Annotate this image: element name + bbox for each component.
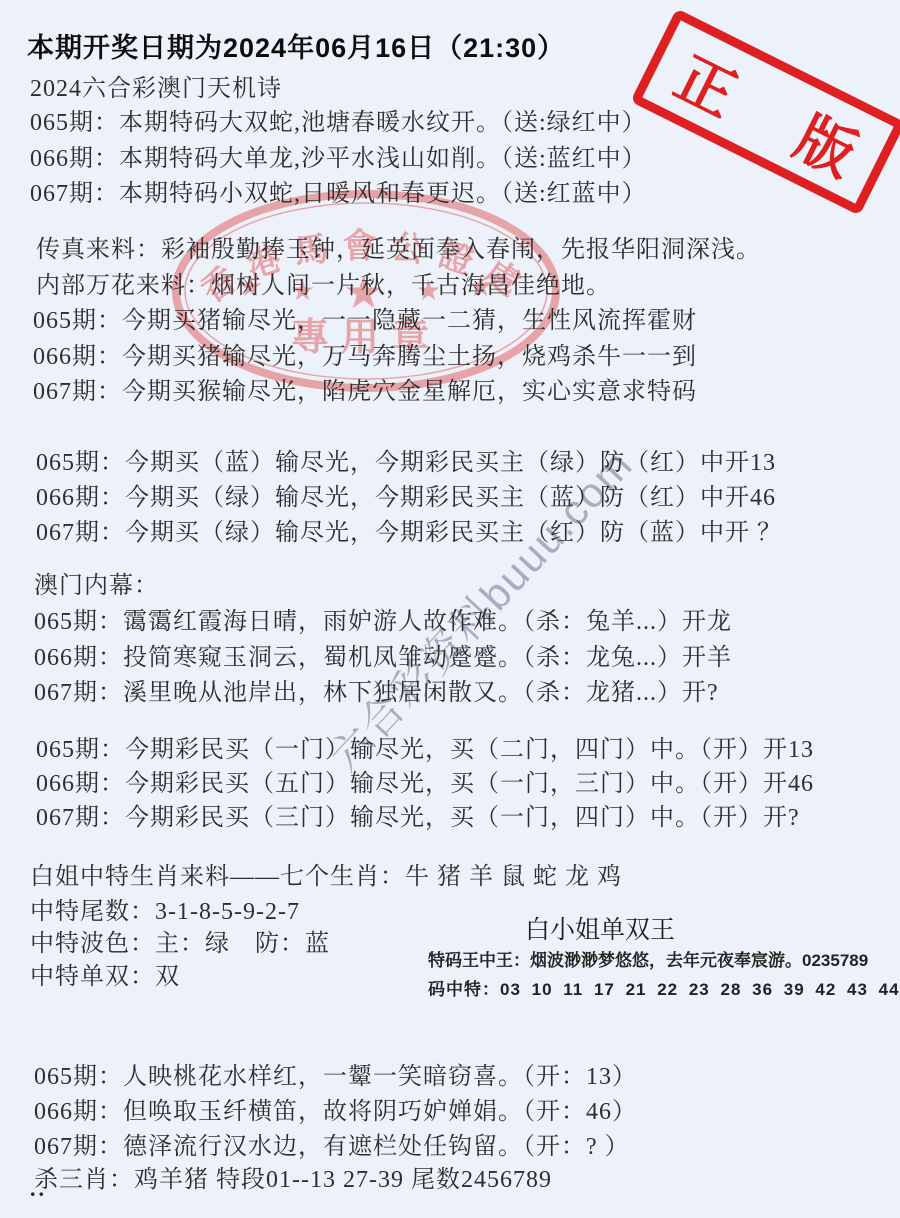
lailiao-line: 内部万花来料：烟树人间一片秋，千古海昌佳绝地。 — [36, 265, 611, 300]
lailiao-line: 065期：今期买猪输尽光，一一隐藏一二猜，生性风流挥霍财 — [33, 300, 697, 335]
baijie-line: 中特尾数：3-1-8-5-9-2-7 — [30, 891, 300, 926]
lottery-tip-sheet: 香港馬會公證處 ★ ★ ★ ★ ★ 專用章 六合彩资料buuu.com 正 版 … — [0, 0, 900, 1218]
lailiao-line: 067期：今期买猴输尽光，陷虎穴金星解厄，实心实意求特码 — [33, 371, 697, 406]
secai-line: 067期：今期买（绿）输尽光，今期彩民买主（红）防（蓝）中开 ？ — [36, 512, 782, 547]
men-line: 065期：今期彩民买（一门）输尽光，买（二门，四门）中。（开）开13 — [36, 729, 814, 764]
men-line: 066期：今期彩民买（五门）输尽光，买（一门，三门）中。（开）开46 — [36, 763, 814, 798]
baixiaojie-ma-line: 码中特：03 10 11 17 21 22 23 28 36 39 42 43 … — [428, 975, 900, 1000]
bottom-poem-line: 067期：德泽流行汉水边，有遮栏处任钩留。（开：? ） — [34, 1126, 630, 1161]
bottom-poem-line: 066期：但唤取玉纤横笛，故将阴巧妒婵娟。（开：46） — [34, 1091, 637, 1126]
men-line: 067期：今期彩民买（三门）输尽光，买（一门，四门）中。（开）开? — [36, 797, 800, 832]
baijie-line: 白姐中特生肖来料——七个生肖：牛 猪 羊 鼠 蛇 龙 鸡 — [30, 856, 622, 891]
bottom-poem-line: 065期：人映桃花水样红，一颦一笑暗窃喜。（开：13） — [34, 1056, 637, 1091]
lailiao-line: 066期：今期买猪输尽光，万马奔腾尘土扬，烧鸡杀牛一一到 — [33, 336, 697, 371]
tianji-line: 066期：本期特码大单龙,沙平水浅山如削。（送:蓝红中） — [30, 138, 647, 173]
neimu-heading: 澳门内幕： — [34, 565, 159, 600]
neimu-line: 066期：投简寒窥玉洞云，蜀机凤雏动蹙蹙。（杀：龙兔...）开羊 — [34, 637, 732, 672]
sha-sanxiao-line: 杀三肖：鸡羊猪 特段01--13 27-39 尾数2456789 — [34, 1159, 552, 1194]
tianji-heading: 2024六合彩澳门天机诗 — [30, 68, 282, 103]
secai-line: 066期：今期买（绿）输尽光，今期彩民买主（蓝）防（红）中开46 — [36, 477, 776, 512]
tianji-line: 065期：本期特码大双蛇,池塘春暖水纹开。（送:绿红中） — [30, 102, 647, 137]
tianji-line: 067期：本期特码小双蛇,日暖风和春更迟。（送:红蓝中） — [30, 173, 647, 208]
lailiao-line: 传真来料：彩袖殷勤捧玉钟，延英面奉入春闱，先报华阳洞深浅。 — [36, 229, 761, 264]
page-title: 本期开奖日期为2024年06月16日（21:30） — [27, 26, 565, 65]
secai-line: 065期：今期买（蓝）输尽光，今期彩民买主（绿）防（红）中开13 — [36, 442, 776, 477]
baijie-line: 中特波色：主：绿 防：蓝 — [30, 923, 330, 958]
corner-dots: .. — [30, 1176, 47, 1202]
zhengban-stamp-label: 正 版 — [636, 18, 899, 206]
baijie-line: 中特单双：双 — [30, 956, 180, 991]
baixiaojie-heading: 白小姐单双王 — [430, 910, 770, 946]
neimu-line: 067期：溪里晚从池岸出，林下独居闲散又。（杀：龙猪...）开? — [34, 672, 719, 707]
zhengban-stamp: 正 版 — [630, 8, 900, 215]
baixiaojie-wang-line: 特码王中王：烟波渺渺梦悠悠，去年元夜奉宸游。0235789 — [428, 946, 868, 971]
neimu-line: 065期：霭霭红霞海日晴，雨妒游人故作难。（杀：兔羊...）开龙 — [34, 601, 732, 636]
